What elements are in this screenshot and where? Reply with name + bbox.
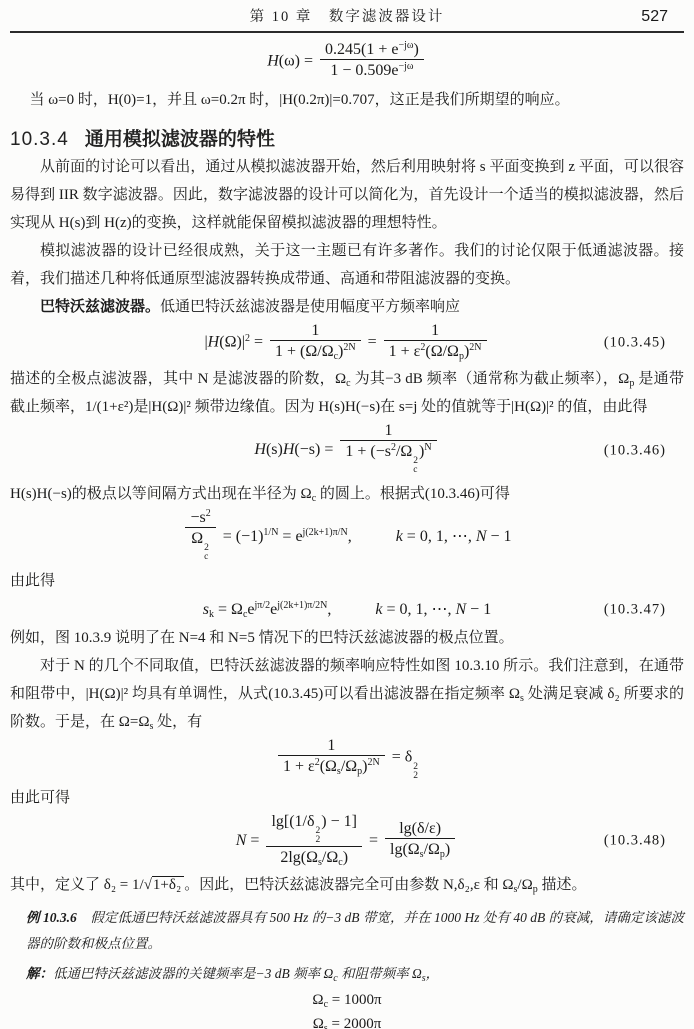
paragraph-example: 例 10.3.6 假定低通巴特沃兹滤波器具有 500 Hz 的−3 dB 带宽，… bbox=[26, 905, 684, 957]
paragraph-butterworth-intro: 巴特沃兹滤波器。低通巴特沃兹滤波器是使用幅度平方频率响应 bbox=[10, 293, 684, 321]
equation-body: sk = Ωcejπ/2ej(2k+1)π/2N,k = 0, 1, ⋯, N … bbox=[203, 598, 491, 621]
equation-h-omega: H(ω) = 0.245(1 + e−jω)1 − 0.509e−jω bbox=[10, 43, 684, 81]
equation-body: |H(Ω)|2 = 11 + (Ω/Ωc)2N = 11 + ε2(Ω/Ωp)2… bbox=[204, 324, 489, 362]
equation-10-3-46: H(s)H(−s) = 11 + (−s2/Ω2c)N (10.3.46) bbox=[10, 424, 684, 477]
paragraph-solution: 解：低通巴特沃兹滤波器的关键频率是−3 dB 频率 Ωc 和阻带频率 Ωs， bbox=[26, 961, 684, 987]
equation-tag: (10.3.48) bbox=[604, 830, 666, 853]
paragraph-thus-1: 由此得 bbox=[10, 567, 684, 595]
equation-body: H(s)H(−s) = 11 + (−s2/Ω2c)N bbox=[254, 424, 439, 477]
equation-pole-ratio: −s2Ω2c = (−1)1/N = ej(2k+1)π/N,k = 0, 1,… bbox=[10, 511, 684, 564]
page-header: 第 10 章 数字滤波器设计 527 bbox=[10, 6, 684, 28]
paragraph-thus-2: 由此可得 bbox=[10, 784, 684, 812]
equation-tag: (10.3.46) bbox=[604, 439, 666, 462]
header-rule bbox=[10, 31, 684, 33]
textbook-page: 第 10 章 数字滤波器设计 527 H(ω) = 0.245(1 + e−jω… bbox=[0, 0, 694, 1029]
paragraph-response-note: 当 ω=0 时，H(0)=1，并且 ω=0.2π 时，|H(0.2π)|=0.7… bbox=[10, 86, 684, 114]
paragraph-parameters: 其中，定义了 δ₂ = 1/√1+δ₂。因此，巴特沃兹滤波器完全可由参数 N,δ… bbox=[10, 871, 684, 899]
equation-body: −s2Ω2c = (−1)1/N = ej(2k+1)π/N,k = 0, 1,… bbox=[182, 511, 511, 564]
paragraph-fig-ref: 例如，图 10.3.9 说明了在 N=4 和 N=5 情况下的巴特沃兹滤波器的极… bbox=[10, 624, 684, 652]
equation-omega-s: Ωs = 2000π bbox=[10, 1013, 684, 1029]
equation-tag: (10.3.45) bbox=[604, 332, 666, 355]
section-number: 10.3.4 bbox=[10, 129, 69, 150]
equation-body: Ωs = 2000π bbox=[313, 1013, 382, 1029]
section-title: 通用模拟滤波器的特性 bbox=[85, 129, 275, 150]
paragraph-pole-circle: H(s)H(−s)的极点以等间隔方式出现在半径为 Ωc 的圆上。根据式(10.3… bbox=[10, 480, 684, 508]
paragraph-monotonic: 对于 N 的几个不同取值，巴特沃兹滤波器的频率响应特性如图 10.3.10 所示… bbox=[10, 652, 684, 736]
equation-10-3-48: N = lg[(1/δ22) − 1]2lg(Ωs/Ωc) = lg(δ/ε)l… bbox=[10, 815, 684, 868]
section-heading: 10.3.4通用模拟滤波器的特性 bbox=[10, 124, 684, 151]
equation-10-3-45: |H(Ω)|2 = 11 + (Ω/Ωc)2N = 11 + ε2(Ω/Ωp)2… bbox=[10, 324, 684, 362]
equation-body: H(ω) = 0.245(1 + e−jω)1 − 0.509e−jω bbox=[267, 43, 427, 81]
equation-body: Ωc = 1000π bbox=[312, 989, 381, 1011]
page-number: 527 bbox=[641, 6, 668, 28]
equation-10-3-47: sk = Ωcejπ/2ej(2k+1)π/2N,k = 0, 1, ⋯, N … bbox=[10, 598, 684, 621]
paragraph-allpole: 描述的全极点滤波器，其中 N 是滤波器的阶数，Ωc 为其−3 dB 频率（通常称… bbox=[10, 365, 684, 421]
running-head: 第 10 章 数字滤波器设计 bbox=[250, 9, 445, 25]
equation-omega-c: Ωc = 1000π bbox=[10, 989, 684, 1011]
paragraph-overview: 从前面的讨论可以看出，通过从模拟滤波器开始，然后利用映射将 s 平面变换到 z … bbox=[10, 153, 684, 237]
equation-body: 11 + ε2(Ωs/Ωp)2N = δ22 bbox=[275, 739, 419, 781]
paragraph-analog-maturity: 模拟滤波器的设计已经很成熟，关于这一主题已有许多著作。我们的讨论仅限于低通滤波器… bbox=[10, 237, 684, 293]
equation-stopband: 11 + ε2(Ωs/Ωp)2N = δ22 bbox=[10, 739, 684, 781]
equation-body: N = lg[(1/δ22) − 1]2lg(Ωs/Ωc) = lg(δ/ε)l… bbox=[236, 815, 459, 868]
equation-tag: (10.3.47) bbox=[604, 598, 666, 621]
